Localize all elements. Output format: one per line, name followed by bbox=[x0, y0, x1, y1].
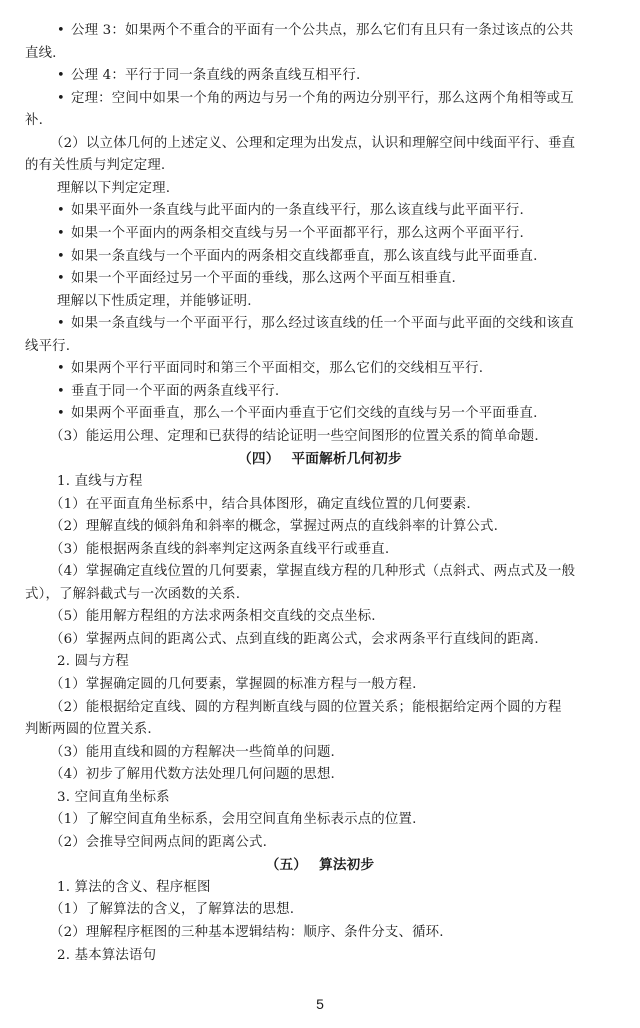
text-line: （2）理解程序框图的三种基本逻辑结构：顺序、条件分支、循环. bbox=[0, 922, 640, 944]
bullet-item: •如果一条直线与一个平面平行，那么经过该直线的任一个平面与此平面的交线和该直 bbox=[0, 313, 640, 335]
bullet-item: •垂直于同一个平面的两条直线平行. bbox=[0, 381, 640, 403]
section-heading: （四）平面解析几何初步 bbox=[0, 448, 640, 470]
line-text: （2）理解程序框图的三种基本逻辑结构：顺序、条件分支、循环. bbox=[50, 925, 444, 940]
text-line: （2）会推导空间两点间的距离公式. bbox=[0, 832, 640, 854]
bullet-icon: • bbox=[57, 313, 71, 335]
line-text: 如果一条直线与一个平面平行，那么经过该直线的任一个平面与此平面的交线和该直 bbox=[71, 316, 574, 331]
text-line: （6）掌握两点间的距离公式、点到直线的距离公式，会求两条平行直线间的距离. bbox=[0, 629, 640, 651]
line-text: （2）会推导空间两点间的距离公式. bbox=[50, 835, 267, 850]
line-text: 公理 3：如果两个不重合的平面有一个公共点，那么它们有且只有一条过该点的公共 bbox=[71, 23, 573, 38]
line-text: 判断两圆的位置关系. bbox=[25, 722, 152, 737]
text-line: 判断两圆的位置关系. bbox=[0, 719, 640, 741]
line-text: （5）能用解方程组的方法求两条相交直线的交点坐标. bbox=[50, 609, 376, 624]
line-text: （4）初步了解用代数方法处理几何问题的思想. bbox=[50, 767, 335, 782]
section-title: 算法初步 bbox=[319, 857, 374, 873]
line-text: 直线. bbox=[25, 46, 57, 61]
bullet-item: •公理 4：平行于同一条直线的两条直线互相平行. bbox=[0, 65, 640, 87]
text-line: （4）初步了解用代数方法处理几何问题的思想. bbox=[0, 764, 640, 786]
line-text: 公理 4：平行于同一条直线的两条直线互相平行. bbox=[71, 68, 360, 83]
line-text: 的有关性质与判定定理. bbox=[25, 158, 165, 173]
line-text: 补. bbox=[25, 113, 43, 128]
bullet-icon: • bbox=[57, 403, 71, 425]
line-text: 垂直于同一个平面的两条直线平行. bbox=[71, 384, 279, 399]
text-line: （4）掌握确定直线位置的几何要素，掌握直线方程的几种形式（点斜式、两点式及一般 bbox=[0, 561, 640, 583]
text-line: 理解以下性质定理，并能够证明. bbox=[0, 291, 640, 313]
section-number: （四） bbox=[238, 451, 279, 467]
line-text: （6）掌握两点间的距离公式、点到直线的距离公式，会求两条平行直线间的距离. bbox=[50, 632, 539, 647]
bullet-icon: • bbox=[57, 381, 71, 403]
section-title: 平面解析几何初步 bbox=[292, 451, 402, 467]
line-text: 如果两个平面垂直，那么一个平面内垂直于它们交线的直线与另一个平面垂直. bbox=[71, 406, 538, 421]
page-number: 5 bbox=[0, 996, 640, 1012]
line-text: 1. 直线与方程 bbox=[57, 474, 143, 489]
line-text: （1）了解空间直角坐标系，会用空间直角坐标表示点的位置. bbox=[50, 812, 417, 827]
text-line: （5）能用解方程组的方法求两条相交直线的交点坐标. bbox=[0, 606, 640, 628]
bullet-icon: • bbox=[57, 20, 71, 42]
line-text: 线平行. bbox=[25, 339, 70, 354]
line-text: （2）能根据给定直线、圆的方程判断直线与圆的位置关系；能根据给定两个圆的方程 bbox=[50, 700, 562, 715]
text-line: （3）能根据两条直线的斜率判定这两条直线平行或垂直. bbox=[0, 539, 640, 561]
bullet-item: •如果两个平行平面同时和第三个平面相交，那么它们的交线相互平行. bbox=[0, 358, 640, 380]
bullet-icon: • bbox=[57, 223, 71, 245]
bullet-item: •如果平面外一条直线与此平面内的一条直线平行，那么该直线与此平面平行. bbox=[0, 200, 640, 222]
text-line: 式），了解斜截式与一次函数的关系. bbox=[0, 584, 640, 606]
text-line: 1. 算法的含义、程序框图 bbox=[0, 877, 640, 899]
line-text: （2）理解直线的倾斜角和斜率的概念，掌握过两点的直线斜率的计算公式. bbox=[50, 519, 498, 534]
text-line: （1）掌握确定圆的几何要素，掌握圆的标准方程与一般方程. bbox=[0, 674, 640, 696]
text-line: 1. 直线与方程 bbox=[0, 471, 640, 493]
line-text: 理解以下判定定理. bbox=[57, 181, 170, 196]
line-text: 理解以下性质定理，并能够证明. bbox=[57, 294, 252, 309]
text-line: 2. 基本算法语句 bbox=[0, 945, 640, 967]
line-text: 如果一个平面经过另一个平面的垂线，那么这两个平面互相垂直. bbox=[71, 271, 456, 286]
bullet-icon: • bbox=[57, 358, 71, 380]
document-page: •公理 3：如果两个不重合的平面有一个公共点，那么它们有且只有一条过该点的公共直… bbox=[0, 0, 640, 1028]
bullet-icon: • bbox=[57, 88, 71, 110]
line-text: （1）在平面直角坐标系中，结合具体图形，确定直线位置的几何要素. bbox=[50, 497, 471, 512]
text-line: 2. 圆与方程 bbox=[0, 651, 640, 673]
text-line: 理解以下判定定理. bbox=[0, 178, 640, 200]
text-line: 补. bbox=[0, 110, 640, 132]
line-text: （1）掌握确定圆的几何要素，掌握圆的标准方程与一般方程. bbox=[50, 677, 417, 692]
line-text: （3）能根据两条直线的斜率判定这两条直线平行或垂直. bbox=[50, 542, 389, 557]
text-line: （3）能运用公理、定理和已获得的结论证明一些空间图形的位置关系的简单命题. bbox=[0, 426, 640, 448]
bullet-icon: • bbox=[57, 65, 71, 87]
bullet-icon: • bbox=[57, 268, 71, 290]
text-line: 3. 空间直角坐标系 bbox=[0, 787, 640, 809]
section-heading: （五）算法初步 bbox=[0, 854, 640, 876]
line-text: 1. 算法的含义、程序框图 bbox=[57, 880, 211, 895]
line-text: 如果一个平面内的两条相交直线与另一个平面都平行，那么这两个平面平行. bbox=[71, 226, 524, 241]
bullet-item: •如果一条直线与一个平面内的两条相交直线都垂直，那么该直线与此平面垂直. bbox=[0, 246, 640, 268]
line-text: 式），了解斜截式与一次函数的关系. bbox=[25, 587, 240, 602]
text-line: （2）能根据给定直线、圆的方程判断直线与圆的位置关系；能根据给定两个圆的方程 bbox=[0, 697, 640, 719]
line-text: 如果两个平行平面同时和第三个平面相交，那么它们的交线相互平行. bbox=[71, 361, 483, 376]
bullet-icon: • bbox=[57, 200, 71, 222]
bullet-item: •如果一个平面内的两条相交直线与另一个平面都平行，那么这两个平面平行. bbox=[0, 223, 640, 245]
line-text: （3）能运用公理、定理和已获得的结论证明一些空间图形的位置关系的简单命题. bbox=[50, 429, 539, 444]
line-text: 2. 圆与方程 bbox=[57, 654, 129, 669]
line-text: （2）以立体几何的上述定义、公理和定理为出发点，认识和理解空间中线面平行、垂直 bbox=[50, 136, 575, 151]
text-line: （1）了解算法的含义，了解算法的思想. bbox=[0, 899, 640, 921]
bullet-item: •如果两个平面垂直，那么一个平面内垂直于它们交线的直线与另一个平面垂直. bbox=[0, 403, 640, 425]
line-text: 2. 基本算法语句 bbox=[57, 948, 156, 963]
line-text: 定理：空间中如果一个角的两边与另一个角的两边分别平行，那么这两个角相等或互 bbox=[71, 91, 574, 106]
text-line: 的有关性质与判定定理. bbox=[0, 155, 640, 177]
text-line: （3）能用直线和圆的方程解决一些简单的问题. bbox=[0, 742, 640, 764]
text-line: （1）了解空间直角坐标系，会用空间直角坐标表示点的位置. bbox=[0, 809, 640, 831]
bullet-item: •如果一个平面经过另一个平面的垂线，那么这两个平面互相垂直. bbox=[0, 268, 640, 290]
line-text: （4）掌握确定直线位置的几何要素，掌握直线方程的几种形式（点斜式、两点式及一般 bbox=[50, 564, 575, 579]
section-number: （五） bbox=[266, 857, 307, 873]
bullet-item: •公理 3：如果两个不重合的平面有一个公共点，那么它们有且只有一条过该点的公共 bbox=[0, 20, 640, 42]
bullet-icon: • bbox=[57, 246, 71, 268]
bullet-item: •定理：空间中如果一个角的两边与另一个角的两边分别平行，那么这两个角相等或互 bbox=[0, 88, 640, 110]
line-text: 如果平面外一条直线与此平面内的一条直线平行，那么该直线与此平面平行. bbox=[71, 203, 524, 218]
text-line: （2）理解直线的倾斜角和斜率的概念，掌握过两点的直线斜率的计算公式. bbox=[0, 516, 640, 538]
text-line: （2）以立体几何的上述定义、公理和定理为出发点，认识和理解空间中线面平行、垂直 bbox=[0, 133, 640, 155]
text-line: 直线. bbox=[0, 43, 640, 65]
line-text: 如果一条直线与一个平面内的两条相交直线都垂直，那么该直线与此平面垂直. bbox=[71, 249, 538, 264]
text-line: 线平行. bbox=[0, 336, 640, 358]
line-text: 3. 空间直角坐标系 bbox=[57, 790, 170, 805]
text-line: （1）在平面直角坐标系中，结合具体图形，确定直线位置的几何要素. bbox=[0, 494, 640, 516]
line-text: （3）能用直线和圆的方程解决一些简单的问题. bbox=[50, 745, 335, 760]
line-text: （1）了解算法的含义，了解算法的思想. bbox=[50, 902, 294, 917]
